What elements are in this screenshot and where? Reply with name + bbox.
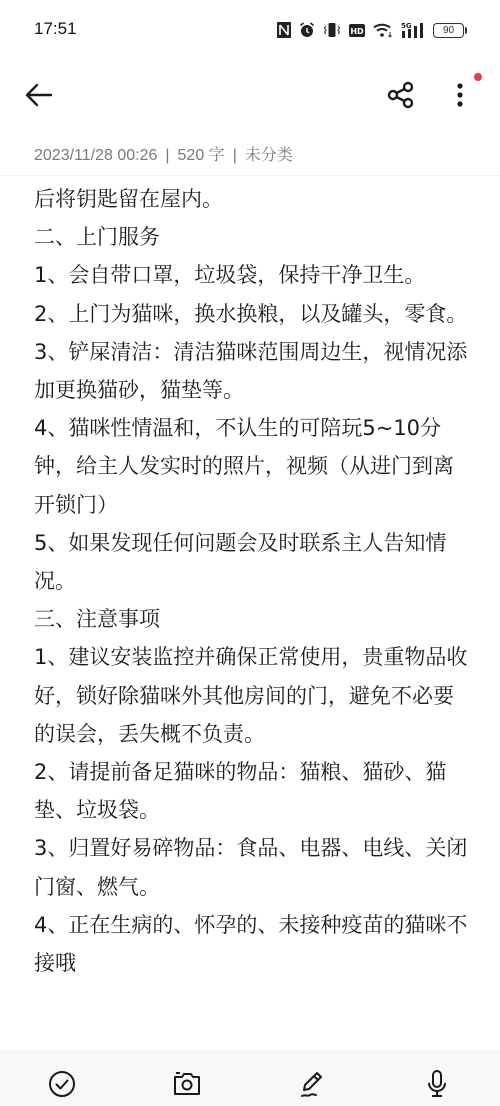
nfc-icon xyxy=(277,22,291,38)
status-time: 17:51 xyxy=(34,19,77,39)
note-heading: 二、上门服务 xyxy=(34,218,474,256)
note-line: 2、上门为猫咪，换水换粮，以及罐头，零食。 xyxy=(34,295,474,333)
note-line: 1、会自带口罩，垃圾袋，保持干净卫生。 xyxy=(34,256,474,294)
alarm-icon xyxy=(299,22,315,38)
note-line: 4、猫咪性情温和，不认生的可陪玩5~10分钟，给主人发实时的照片，视频（从进门到… xyxy=(34,409,474,524)
notification-dot xyxy=(474,73,482,81)
wifi-icon xyxy=(373,22,393,38)
svg-text:5G: 5G xyxy=(401,22,412,30)
note-meta: 2023/11/28 00:26|520 字|未分类 xyxy=(34,142,293,165)
handwriting-button[interactable] xyxy=(297,1068,329,1100)
meta-separator: | xyxy=(165,147,169,164)
back-button[interactable] xyxy=(22,78,56,112)
arrow-left-icon xyxy=(22,78,56,112)
note-line: 3、归置好易碎物品：食品、电器、电线、关闭门窗、燃气。 xyxy=(34,829,474,905)
microphone-icon xyxy=(421,1068,453,1100)
camera-button[interactable] xyxy=(171,1068,203,1100)
vibrate-icon xyxy=(323,22,341,38)
svg-text:HD: HD xyxy=(350,27,364,36)
more-vertical-icon xyxy=(446,78,474,112)
note-heading: 三、注意事项 xyxy=(34,600,474,638)
note-datetime: 2023/11/28 00:26 xyxy=(34,147,157,164)
note-line: 3、铲屎清洁：清洁猫咪范围周边生，视情况添加更换猫砂，猫垫等。 xyxy=(34,333,474,409)
meta-separator: | xyxy=(233,147,237,164)
camera-icon xyxy=(171,1068,203,1100)
note-line: 1、建议安装监控并确保正常使用，贵重物品收好，锁好除猫咪外其他房间的门，避免不必… xyxy=(34,638,474,753)
note-line: 后将钥匙留在屋内。 xyxy=(34,180,474,218)
check-circle-icon xyxy=(46,1068,78,1100)
status-bar: 17:51 HD 5G 90 xyxy=(0,0,500,60)
word-count: 520 字 xyxy=(178,147,225,164)
hd-icon: HD xyxy=(349,24,365,37)
divider xyxy=(0,175,500,176)
note-toolbar xyxy=(0,60,500,130)
note-category[interactable]: 未分类 xyxy=(245,147,293,164)
note-line: 5、如果发现任何问题会及时联系主人告知情况。 xyxy=(34,524,474,600)
status-icons: HD 5G 90 xyxy=(277,20,464,40)
note-line: 2、请提前备足猫咪的物品：猫粮、猫砂、猫垫、垃圾袋。 xyxy=(34,753,474,829)
share-button[interactable] xyxy=(384,78,418,112)
note-line: 4、正在生病的、怀孕的、未接种疫苗的猫咪不接哦 xyxy=(34,906,474,982)
battery-icon: 90 xyxy=(433,23,464,38)
share-icon xyxy=(384,78,418,112)
note-body[interactable]: 后将钥匙留在屋内。 二、上门服务 1、会自带口罩，垃圾袋，保持干净卫生。 2、上… xyxy=(34,180,474,982)
signal-5g-icon: 5G xyxy=(401,21,425,39)
checklist-button[interactable] xyxy=(46,1068,78,1100)
bottom-toolbar xyxy=(0,1050,500,1106)
pen-icon xyxy=(297,1068,329,1100)
more-options-button[interactable] xyxy=(446,78,474,112)
voice-button[interactable] xyxy=(421,1068,453,1100)
